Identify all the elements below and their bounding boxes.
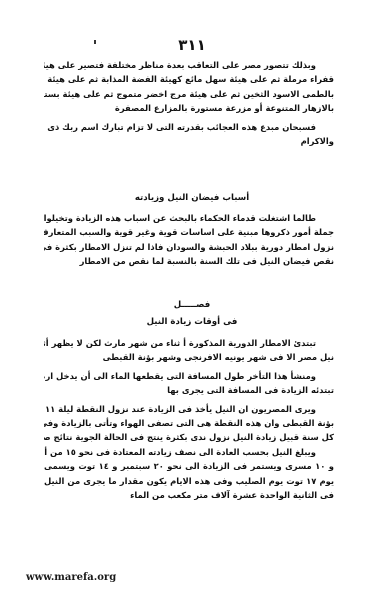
paragraph: ومنشأ هذا التأخر طول المسافة التى يقطعها… xyxy=(44,369,334,398)
text-line: تبتدئه الزيادة فى المسافة التى يجرى بها xyxy=(44,383,334,397)
paragraph: ويرى المصريون ان النيل يأخذ فى الزيادة ع… xyxy=(44,402,334,445)
document-page: ٣١١ وبذلك تتصور مصر على التعاقب بعدة منا… xyxy=(0,0,384,600)
text-line: تبتدئ الامطار الدورية المذكورة أ ثناء من… xyxy=(44,336,334,350)
text-line: فى الثانية الواحدة عشرة آلاف متر مكعب من… xyxy=(44,488,334,502)
text-line: قفراء مرملة ثم على هيئة سهل مائع كهيئة ا… xyxy=(44,72,334,86)
section-heading-flood-times: فى أوقات زيادة النيل xyxy=(0,317,384,327)
footer-website-url: www.marefa.org xyxy=(26,572,116,583)
text-line: نقص فيضان النيل فى تلك السنة بالنسبة لما… xyxy=(44,254,334,268)
paragraph: طالما اشتغلت قدماء الحكماء بالبحث عن اسب… xyxy=(44,211,334,269)
text-line: وبذلك تتصور مصر على التعاقب بعدة مناظر م… xyxy=(44,58,334,72)
paragraph: تبتدئ الامطار الدورية المذكورة أ ثناء من… xyxy=(44,336,334,365)
text-line: ومنشأ هذا التأخر طول المسافة التى يقطعها… xyxy=(44,369,334,383)
section-heading-nile-flood-causes: أسباب فيضان النيل وزيادته xyxy=(0,193,384,203)
page-number: ٣١١ xyxy=(0,36,384,54)
text-line: نيل مصر الا فى شهر يونيه الافرنجى وشهر ب… xyxy=(44,350,334,364)
text-line: و ١٠ مسرى ويستمر فى الزيادة الى نحو ٢٠ س… xyxy=(44,459,334,473)
section-intro: وبذلك تتصور مصر على التعاقب بعدة مناظر م… xyxy=(44,58,334,148)
text-line: بالازهار المتنوعة أو مزرعة مستورة بالمزا… xyxy=(44,101,334,115)
text-line: ويبلغ النيل بحسب العادة الى نصف زيادته ا… xyxy=(44,445,334,459)
text-line: كل سنة قبيل زيادة النيل نزول ندى بكثرة ي… xyxy=(44,430,334,444)
paragraph: وبذلك تتصور مصر على التعاقب بعدة مناظر م… xyxy=(44,58,334,116)
text-line: فسبحان مبدع هذه العجائب بقدرته التى لا ت… xyxy=(44,120,334,134)
text-line: والاكرام xyxy=(44,134,334,148)
chapter-label: فصـــــل xyxy=(0,300,384,310)
paragraph: ويبلغ النيل بحسب العادة الى نصف زيادته ا… xyxy=(44,445,334,503)
text-line: نزول امطار دورية ببلاد الحبشة والسودان ف… xyxy=(44,240,334,254)
text-line: بؤنة القبطى وان هذه النقطة هى التى تصفى … xyxy=(44,416,334,430)
text-line: طالما اشتغلت قدماء الحكماء بالبحث عن اسب… xyxy=(44,211,334,225)
text-line: ويرى المصريون ان النيل يأخذ فى الزيادة ع… xyxy=(44,402,334,416)
text-line: بالطمى الاسود الثخين ثم على هيئة مرج اخض… xyxy=(44,87,334,101)
section-nile-flood-causes: طالما اشتغلت قدماء الحكماء بالبحث عن اسب… xyxy=(44,211,334,269)
text-line: جملة أمور ذكروها مبنية على اساسات قوية و… xyxy=(44,225,334,239)
paragraph: فسبحان مبدع هذه العجائب بقدرته التى لا ت… xyxy=(44,120,334,149)
section-flood-times: تبتدئ الامطار الدورية المذكورة أ ثناء من… xyxy=(44,336,334,502)
text-line: يوم ١٧ توت يوم الصليب وفى هذه الايام يكو… xyxy=(44,474,334,488)
